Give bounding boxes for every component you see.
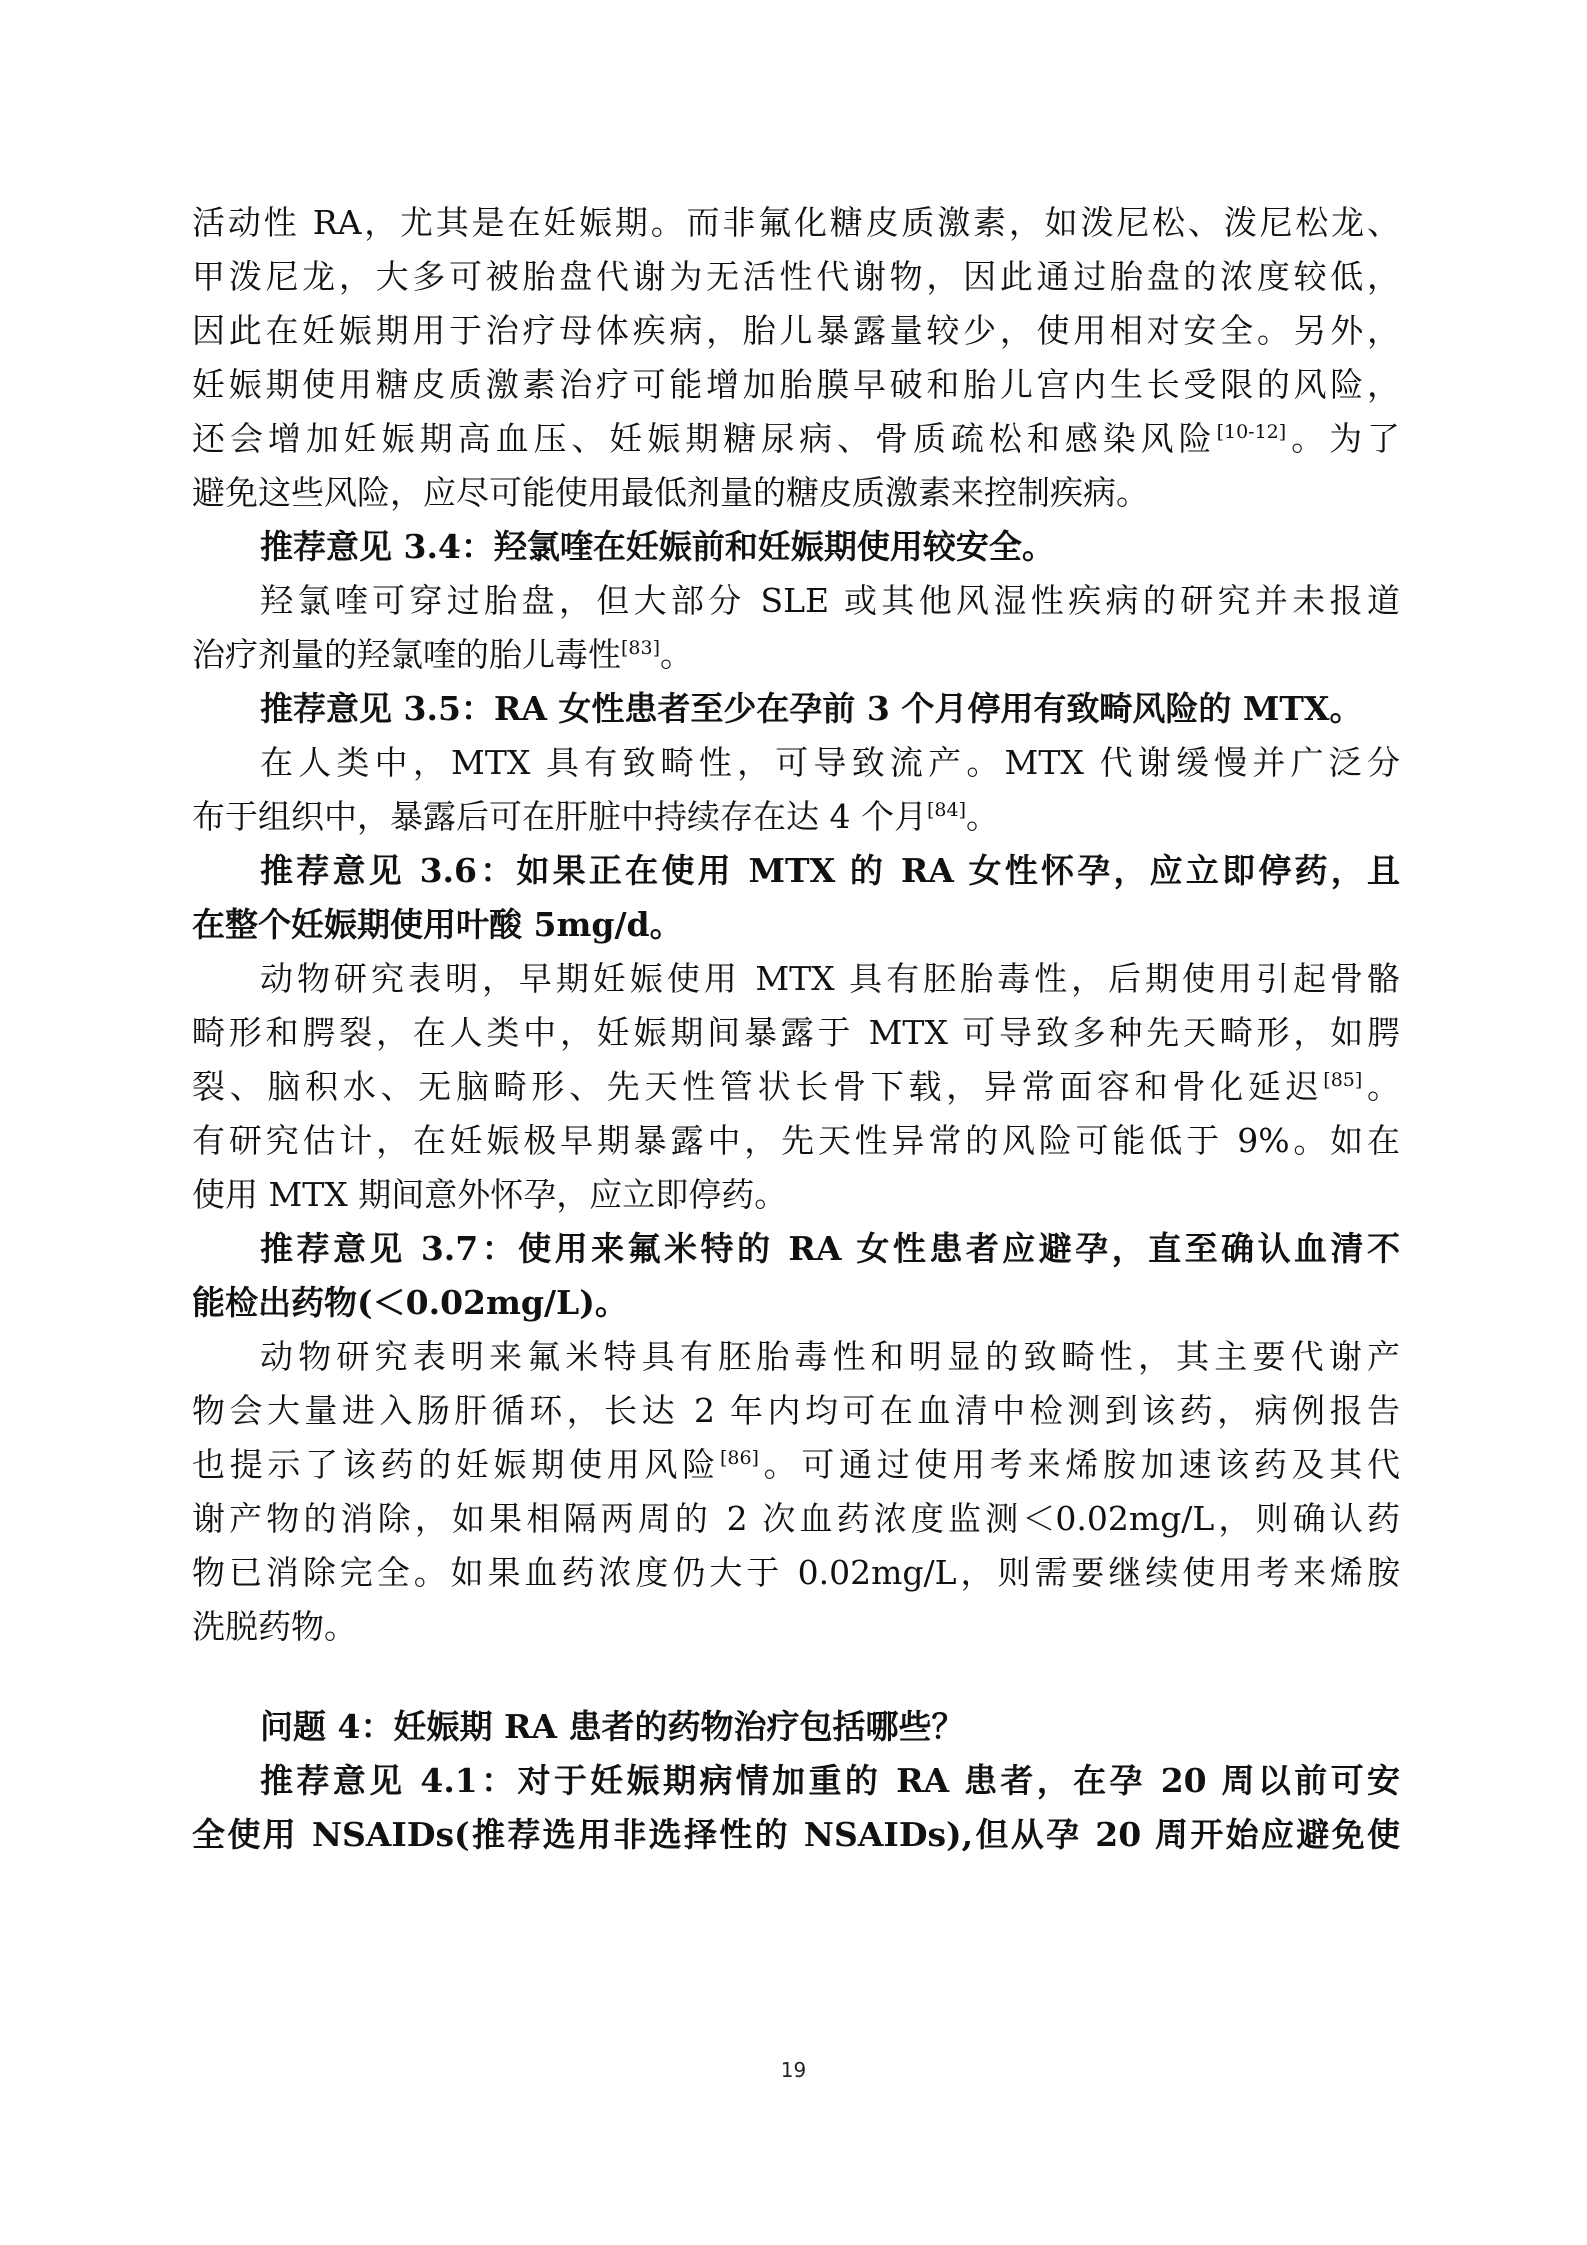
text-line: 活动性 RA，尤其是在妊娠期。而非氟化糖皮质激素，如泼尼松、泼尼松龙、: [192, 196, 1400, 250]
text-span: 。: [966, 797, 999, 836]
page-number: 19: [0, 2058, 1587, 2082]
text-line: 能检出药物(＜0.02mg/L)。: [192, 1276, 1400, 1330]
text-line: 羟氯喹可穿过胎盘，但大部分 SLE 或其他风湿性疾病的研究并未报道: [192, 574, 1400, 628]
text-line: 在整个妊娠期使用叶酸 5mg/d。: [192, 898, 1400, 952]
text-line: 动物研究表明，早期妊娠使用 MTX 具有胚胎毒性，后期使用引起骨骼: [192, 952, 1400, 1006]
text-span: 布于组织中，暴露后可在肝脏中持续存在达 4 个月: [192, 797, 927, 836]
paragraph-leflunomide: 动物研究表明来氟米特具有胚胎毒性和明显的致畸性，其主要代谢产 物会大量进入肠肝循…: [192, 1330, 1400, 1654]
citation-ref: [10-12]: [1217, 421, 1287, 443]
text-line: 动物研究表明来氟米特具有胚胎毒性和明显的致畸性，其主要代谢产: [192, 1330, 1400, 1384]
text-span: 裂、脑积水、无脑畸形、先天性管状长骨下载，异常面容和骨化延迟: [192, 1067, 1323, 1106]
recommendation-3-6: 推荐意见 3.6：如果正在使用 MTX 的 RA 女性怀孕，应立即停药，且 在整…: [192, 844, 1400, 952]
text-line: 推荐意见 3.7：使用来氟米特的 RA 女性患者应避孕，直至确认血清不: [192, 1222, 1400, 1276]
text-line: 还会增加妊娠期高血压、妊娠期糖尿病、骨质疏松和感染风险[10-12]。为了: [192, 412, 1400, 466]
recommendation-3-5: 推荐意见 3.5：RA 女性患者至少在孕前 3 个月停用有致畸风险的 MTX。: [192, 682, 1400, 736]
text-span: 。为了: [1286, 419, 1400, 458]
text-span: 。: [660, 635, 693, 674]
text-line: 甲泼尼龙，大多可被胎盘代谢为无活性代谢物，因此通过胎盘的浓度较低，: [192, 250, 1400, 304]
text-line: 洗脱药物。: [192, 1600, 1400, 1654]
text-line: 在人类中，MTX 具有致畸性，可导致流产。MTX 代谢缓慢并广泛分: [192, 736, 1400, 790]
recommendation-3-7: 推荐意见 3.7：使用来氟米特的 RA 女性患者应避孕，直至确认血清不 能检出药…: [192, 1222, 1400, 1330]
paragraph-hydroxychloroquine: 羟氯喹可穿过胎盘，但大部分 SLE 或其他风湿性疾病的研究并未报道 治疗剂量的羟…: [192, 574, 1400, 682]
text-line: 推荐意见 4.1：对于妊娠期病情加重的 RA 患者，在孕 20 周以前可安: [192, 1754, 1400, 1808]
text-line: 物已消除完全。如果血药浓度仍大于 0.02mg/L，则需要继续使用考来烯胺: [192, 1546, 1400, 1600]
text-span: 也提示了该药的妊娠期使用风险: [192, 1445, 720, 1484]
text-span: 治疗剂量的羟氯喹的胎儿毒性: [192, 635, 621, 674]
paragraph-mtx-teratogenic: 在人类中，MTX 具有致畸性，可导致流产。MTX 代谢缓慢并广泛分 布于组织中，…: [192, 736, 1400, 844]
citation-ref: [86]: [720, 1447, 759, 1469]
paragraph-glucocorticoids: 活动性 RA，尤其是在妊娠期。而非氟化糖皮质激素，如泼尼松、泼尼松龙、 甲泼尼龙…: [192, 196, 1400, 520]
text-line: 物会大量进入肠肝循环，长达 2 年内均可在血清中检测到该药，病例报告: [192, 1384, 1400, 1438]
recommendation-4-1: 推荐意见 4.1：对于妊娠期病情加重的 RA 患者，在孕 20 周以前可安 全使…: [192, 1754, 1400, 1862]
text-line: 全使用 NSAIDs(推荐选用非选择性的 NSAIDs),但从孕 20 周开始应…: [192, 1808, 1400, 1862]
paragraph-mtx-animal-studies: 动物研究表明，早期妊娠使用 MTX 具有胚胎毒性，后期使用引起骨骼 畸形和腭裂，…: [192, 952, 1400, 1222]
text-line: 治疗剂量的羟氯喹的胎儿毒性[83]。: [192, 628, 1400, 682]
text-line: 裂、脑积水、无脑畸形、先天性管状长骨下载，异常面容和骨化延迟[85]。: [192, 1060, 1400, 1114]
citation-ref: [84]: [927, 799, 966, 821]
question-4-heading: 问题 4：妊娠期 RA 患者的药物治疗包括哪些？: [192, 1700, 1400, 1754]
recommendation-3-4: 推荐意见 3.4：羟氯喹在妊娠前和妊娠期使用较安全。: [192, 520, 1400, 574]
text-line: 推荐意见 3.6：如果正在使用 MTX 的 RA 女性怀孕，应立即停药，且: [192, 844, 1400, 898]
document-body: 活动性 RA，尤其是在妊娠期。而非氟化糖皮质激素，如泼尼松、泼尼松龙、 甲泼尼龙…: [192, 196, 1400, 1862]
citation-ref: [83]: [621, 637, 660, 659]
text-line: 使用 MTX 期间意外怀孕，应立即停药。: [192, 1168, 1400, 1222]
text-line: 避免这些风险，应尽可能使用最低剂量的糖皮质激素来控制疾病。: [192, 466, 1400, 520]
text-line: 畸形和腭裂，在人类中，妊娠期间暴露于 MTX 可导致多种先天畸形，如腭: [192, 1006, 1400, 1060]
text-span: 。可通过使用考来烯胺加速该药及其代: [759, 1445, 1400, 1484]
text-line: 妊娠期使用糖皮质激素治疗可能增加胎膜早破和胎儿宫内生长受限的风险，: [192, 358, 1400, 412]
text-line: 因此在妊娠期用于治疗母体疾病，胎儿暴露量较少，使用相对安全。另外，: [192, 304, 1400, 358]
text-line: 有研究估计，在妊娠极早期暴露中，先天性异常的风险可能低于 9%。如在: [192, 1114, 1400, 1168]
section-spacer: [192, 1654, 1400, 1700]
text-line: 也提示了该药的妊娠期使用风险[86]。可通过使用考来烯胺加速该药及其代: [192, 1438, 1400, 1492]
text-span: 还会增加妊娠期高血压、妊娠期糖尿病、骨质疏松和感染风险: [192, 419, 1217, 458]
text-span: 。: [1362, 1067, 1400, 1106]
text-line: 谢产物的消除，如果相隔两周的 2 次血药浓度监测＜0.02mg/L，则确认药: [192, 1492, 1400, 1546]
text-line: 布于组织中，暴露后可在肝脏中持续存在达 4 个月[84]。: [192, 790, 1400, 844]
citation-ref: [85]: [1323, 1069, 1362, 1091]
